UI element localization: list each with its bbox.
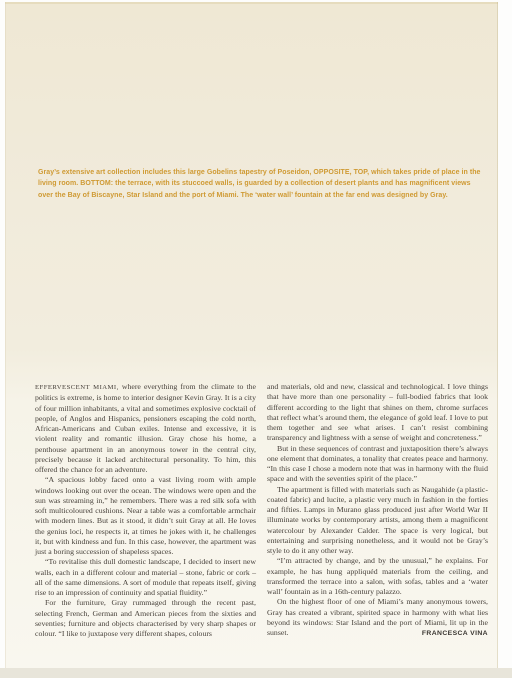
body-paragraph: On the highest floor of one of Miami’s m…	[267, 597, 488, 638]
article-column-left: EFFERVESCENT MIAMI, where everything fro…	[35, 382, 256, 639]
body-paragraph: “I’m attracted by change, and by the unu…	[267, 556, 488, 597]
scanned-magazine-spread: Gray’s extensive art collection includes…	[0, 0, 512, 678]
body-paragraph: The apartment is filled with materials s…	[267, 485, 488, 557]
page-bottom-edge	[0, 668, 512, 678]
lead-in-small-caps: EFFERVESCENT MIAMI,	[35, 384, 119, 391]
magazine-page: Gray’s extensive art collection includes…	[5, 2, 498, 668]
body-paragraph: But in these sequences of contrast and j…	[267, 444, 488, 485]
body-paragraph: and materials, old and new, classical an…	[267, 382, 488, 444]
body-paragraph: “A spacious lobby faced onto a vast livi…	[35, 475, 256, 557]
body-paragraph: For the furniture, Gray rummaged through…	[35, 598, 256, 639]
article-column-right: and materials, old and new, classical an…	[267, 382, 488, 639]
body-paragraph: EFFERVESCENT MIAMI, where everything fro…	[35, 382, 256, 475]
photo-caption: Gray’s extensive art collection includes…	[38, 167, 486, 201]
author-byline: FRANCESCA VINA	[412, 629, 488, 639]
article-body: EFFERVESCENT MIAMI, where everything fro…	[35, 382, 488, 639]
body-paragraph: “To revitalise this dull domestic landsc…	[35, 557, 256, 598]
